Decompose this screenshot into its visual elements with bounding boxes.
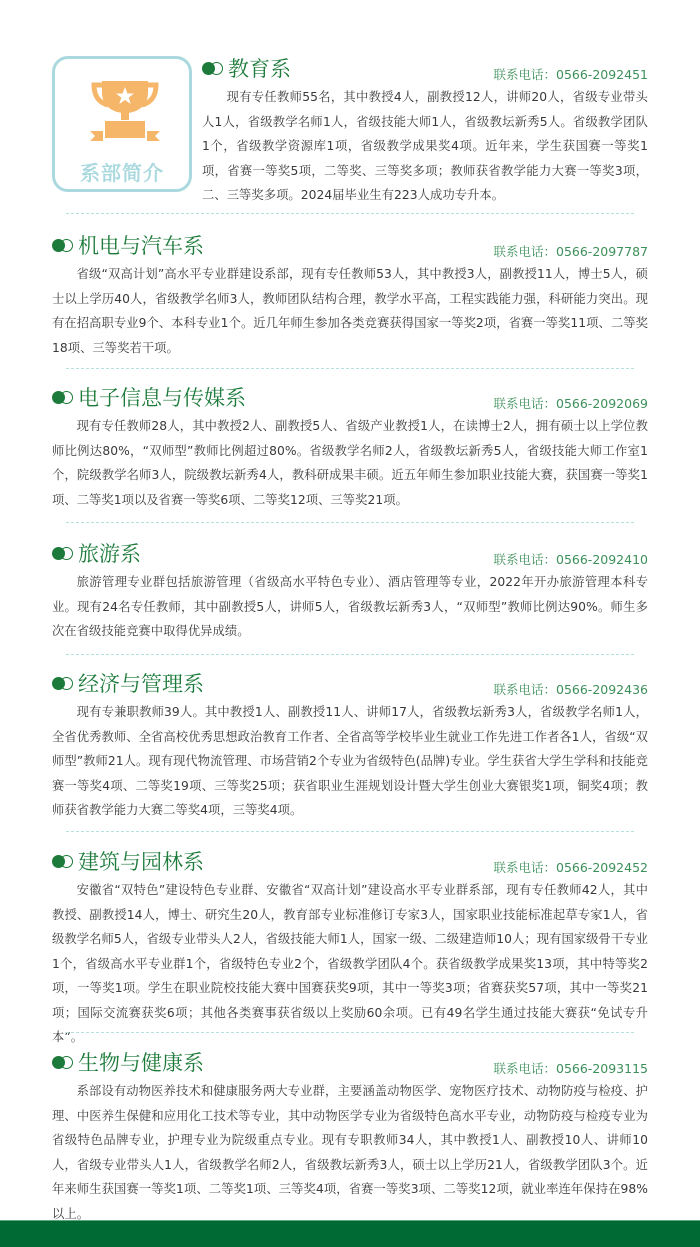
department-description: 旅游管理专业群包括旅游管理（省级高水平特色专业）、酒店管理等专业，2022年开办…: [52, 570, 648, 644]
department-title: 经济与管理系: [78, 668, 204, 698]
department-description: 现有专兼职教师39人。其中教授1人、副教授11人、讲师17人，省级教坛新秀3人，…: [52, 700, 648, 823]
department-phone: 联系电话：0566-2093115: [494, 1059, 649, 1077]
bullet-circles-icon: [52, 855, 74, 869]
footer-bar: [0, 1220, 700, 1247]
department-section-economics-management: 经济与管理系 联系电话：0566-2092436 现有专兼职教师39人。其中教授…: [52, 670, 648, 823]
department-title: 电子信息与传媒系: [78, 382, 246, 412]
department-section-architecture-landscape: 建筑与园林系 联系电话：0566-2092452 安徽省“双特色”建设特色专业群…: [52, 848, 648, 1050]
department-section-electronics-media: 电子信息与传媒系 联系电话：0566-2092069 现有专任教师28人，其中教…: [52, 384, 648, 512]
department-description: 安徽省“双特色”建设特色专业群、安徽省“双高计划”建设高水平专业群系部，现有专任…: [52, 878, 648, 1050]
department-title: 生物与健康系: [78, 1047, 204, 1077]
dashed-divider: [66, 1032, 634, 1033]
bullet-circles-icon: [52, 391, 74, 405]
department-description: 省级“双高计划”高水平专业群建设系部，现有专任教师53人，其中教授3人，副教授1…: [52, 262, 648, 360]
department-phone: 联系电话：0566-2092436: [494, 680, 649, 698]
department-title: 旅游系: [78, 538, 141, 568]
department-intro-badge: 系部简介: [52, 56, 192, 192]
dashed-divider: [66, 368, 634, 369]
department-phone: 联系电话：0566-2097787: [494, 242, 649, 260]
department-title: 教育系: [228, 53, 291, 83]
dashed-divider: [66, 213, 634, 214]
trophy-icon: [88, 79, 162, 149]
bullet-circles-icon: [202, 62, 224, 76]
department-phone: 联系电话：0566-2092410: [494, 550, 649, 568]
department-phone: 联系电话：0566-2092452: [494, 858, 649, 876]
department-section-mechatronics: 机电与汽车系 联系电话：0566-2097787 省级“双高计划”高水平专业群建…: [52, 232, 648, 360]
department-title: 建筑与园林系: [78, 846, 204, 876]
dashed-divider: [66, 522, 634, 523]
department-phone: 联系电话：0566-2092451: [494, 65, 649, 83]
department-description: 现有专任教师28人，其中教授2人、副教授5人、省级产业教授1人，在读博士2人，拥…: [52, 414, 648, 512]
dashed-divider: [66, 831, 634, 832]
bullet-circles-icon: [52, 1056, 74, 1070]
bullet-circles-icon: [52, 677, 74, 691]
bullet-circles-icon: [52, 239, 74, 253]
department-description: 系部设有动物医养技术和健康服务两大专业群，主要涵盖动物医学、宠物医疗技术、动物防…: [52, 1079, 648, 1226]
department-section-education: 教育系 联系电话：0566-2092451 现有专任教师55名，其中教授4人，副…: [202, 55, 648, 208]
dashed-divider: [66, 654, 634, 655]
department-description: 现有专任教师55名，其中教授4人，副教授12人，讲师20人，省级专业带头人1人，…: [202, 85, 648, 208]
department-section-biology-health: 生物与健康系 联系电话：0566-2093115 系部设有动物医养技术和健康服务…: [52, 1049, 648, 1226]
department-section-tourism: 旅游系 联系电话：0566-2092410 旅游管理专业群包括旅游管理（省级高水…: [52, 540, 648, 644]
department-phone: 联系电话：0566-2092069: [494, 394, 649, 412]
badge-label: 系部简介: [55, 157, 189, 186]
bullet-circles-icon: [52, 547, 74, 561]
department-title: 机电与汽车系: [78, 230, 204, 260]
